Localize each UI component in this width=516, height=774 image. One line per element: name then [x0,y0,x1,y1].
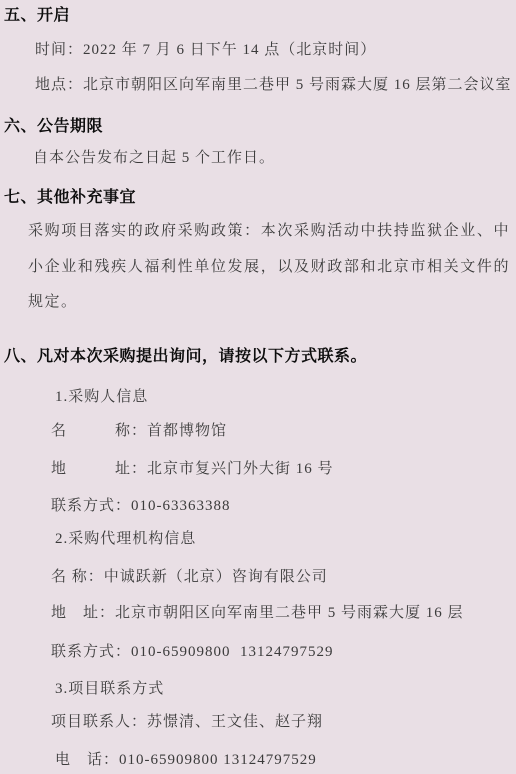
agency-address-line: 地 址：北京市朝阳区向军南里二巷甲 5 号雨霖大厦 16 层 [51,603,464,623]
section-6-heading: 六、公告期限 [4,117,103,137]
purchaser-name-line: 名 称：首都博物馆 [51,421,227,441]
project-contacts-line: 项目联系人：苏憬清、王文佳、赵子翔 [51,712,323,732]
agency-contact-line: 联系方式：010-65909800 13124797529 [51,642,334,662]
announcement-period-line: 自本公告发布之日起 5 个工作日。 [33,148,275,168]
purchaser-info-title: 1.采购人信息 [55,387,148,407]
project-phone-line: 电 话：010-65909800 13124797529 [55,750,317,770]
agency-name-line: 名 称：中诚跃新（北京）咨询有限公司 [51,567,328,587]
section-8-heading: 八、凡对本次采购提出询问，请按以下方式联系。 [4,347,367,367]
project-contact-title: 3.项目联系方式 [55,679,164,699]
purchaser-address-line: 地 址：北京市复兴门外大街 16 号 [51,459,334,479]
section-7-heading: 七、其他补充事宜 [4,188,136,208]
purchaser-contact-line: 联系方式：010-63363388 [51,496,231,516]
opening-location-line: 地点：北京市朝阳区向军南里二巷甲 5 号雨霖大厦 16 层第二会议室 [35,75,512,95]
procurement-announcement-document: 五、开启 时间：2022 年 7 月 6 日下午 14 点（北京时间） 地点：北… [0,0,516,774]
section-5-heading: 五、开启 [4,6,70,26]
policy-paragraph: 采购项目落实的政府采购政策：本次采购活动中扶持监狱企业、中小企业和残疾人福利性单… [28,214,510,321]
opening-time-line: 时间：2022 年 7 月 6 日下午 14 点（北京时间） [35,40,376,60]
agency-info-title: 2.采购代理机构信息 [55,529,196,549]
